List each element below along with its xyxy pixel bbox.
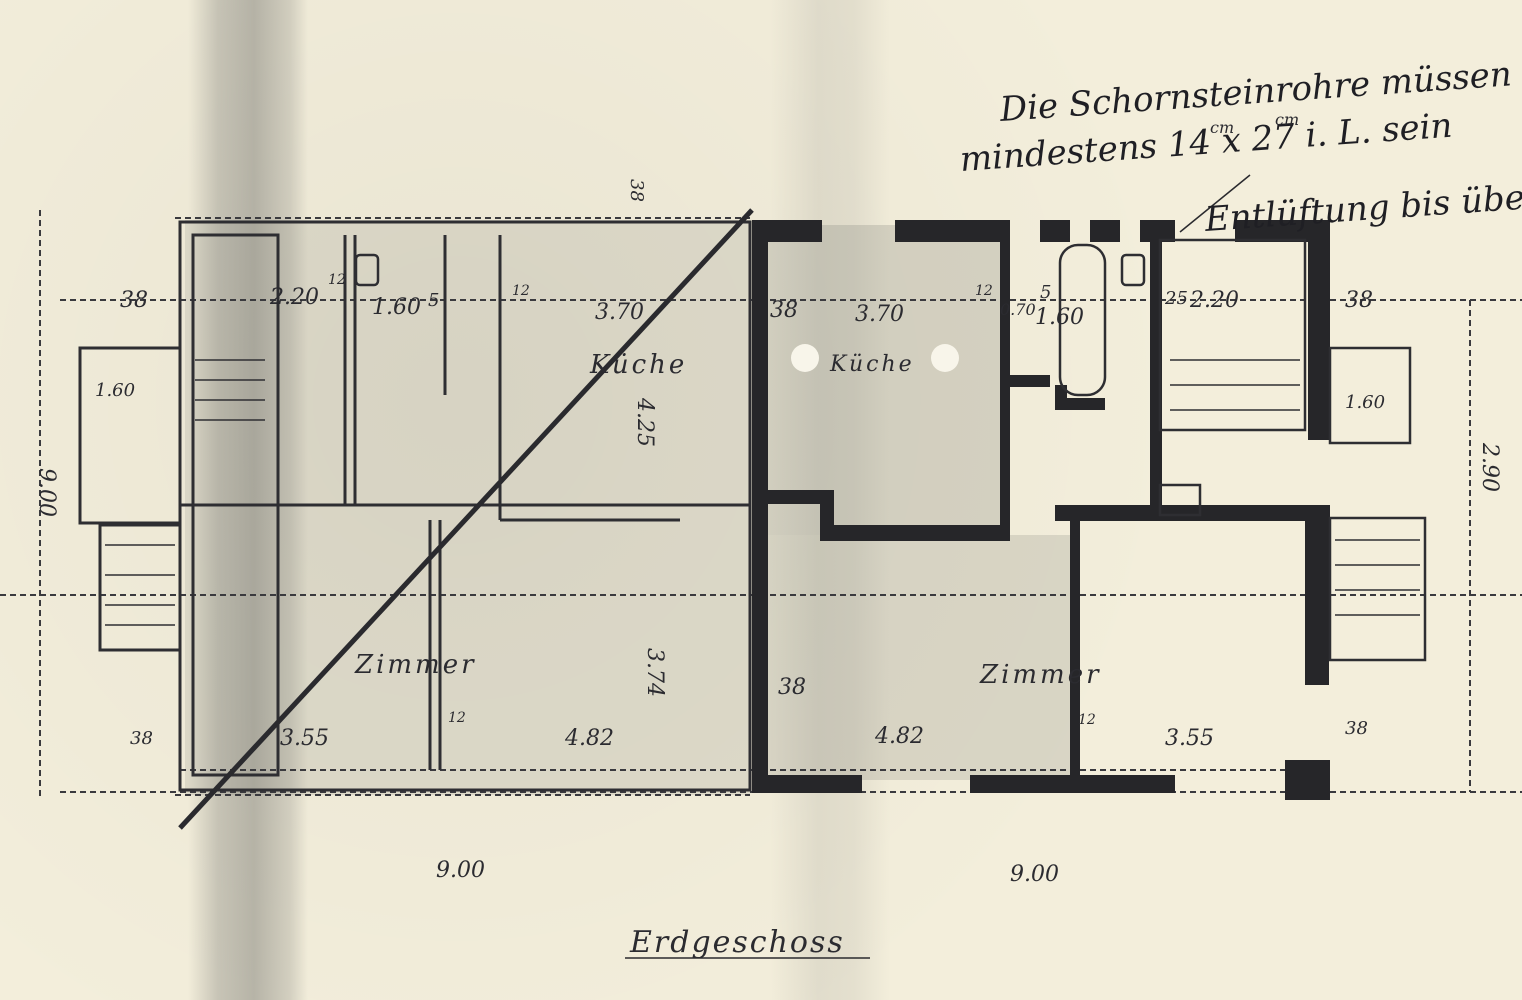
- left-overall-width: 9.00: [436, 858, 485, 883]
- right-wall-12-a: 12: [975, 283, 993, 299]
- right-kitchen-label: Küche: [830, 352, 915, 377]
- left-wall-5: 5: [428, 290, 439, 311]
- left-room-width-b: 4.82: [565, 726, 614, 751]
- left-wall-38-left: 38: [120, 288, 148, 313]
- left-wall-38-top: 38: [626, 179, 647, 202]
- left-kitchen-width: 3.70: [595, 300, 644, 325]
- right-wall-25: 25: [1165, 288, 1188, 309]
- annotation-units-b: cm: [1275, 110, 1299, 129]
- right-wall-38-bottom-right: 38: [1345, 718, 1368, 739]
- right-room-label: Zimmer: [980, 660, 1102, 690]
- left-bath-width: 1.60: [372, 295, 421, 320]
- left-overall-depth: 9.00: [34, 468, 59, 517]
- right-bath-width: 1.60: [1035, 305, 1084, 330]
- right-wc-width: 0.70: [1000, 300, 1036, 319]
- right-room-width-a: 4.82: [875, 724, 924, 749]
- right-wall-12-b: 12: [1078, 712, 1096, 728]
- right-wall-5: 5: [1040, 282, 1051, 303]
- left-wall-12-a: 12: [328, 272, 346, 288]
- left-room-label: Zimmer: [355, 650, 477, 680]
- left-wall-12-c: 12: [448, 710, 466, 726]
- left-wall-12-b: 12: [512, 283, 530, 299]
- left-kitchen-label: Küche: [590, 350, 687, 380]
- left-stair-width: 2.20: [270, 285, 319, 310]
- left-wall-38-bottom-left: 38: [130, 728, 153, 749]
- right-side-depth: 2.90: [1477, 443, 1502, 492]
- right-wall-38-left: 38: [770, 298, 798, 323]
- right-wall-38-right: 38: [1345, 288, 1373, 313]
- left-room-width-a: 3.55: [280, 726, 329, 751]
- right-room-width-b: 3.55: [1165, 726, 1214, 751]
- right-wall-38-room: 38: [778, 675, 806, 700]
- left-kitchen-depth: 4.25: [632, 398, 657, 447]
- right-kitchen-width: 3.70: [855, 302, 904, 327]
- left-porch-width: 1.60: [95, 380, 135, 401]
- drawing-title: Erdgeschoss: [630, 925, 845, 960]
- left-room-depth: 3.74: [642, 648, 667, 697]
- right-overall-width: 9.00: [1010, 862, 1059, 887]
- annotation-units-a: cm: [1210, 118, 1234, 137]
- right-stair-width: 2.20: [1190, 288, 1239, 313]
- right-porch-width: 1.60: [1345, 392, 1385, 413]
